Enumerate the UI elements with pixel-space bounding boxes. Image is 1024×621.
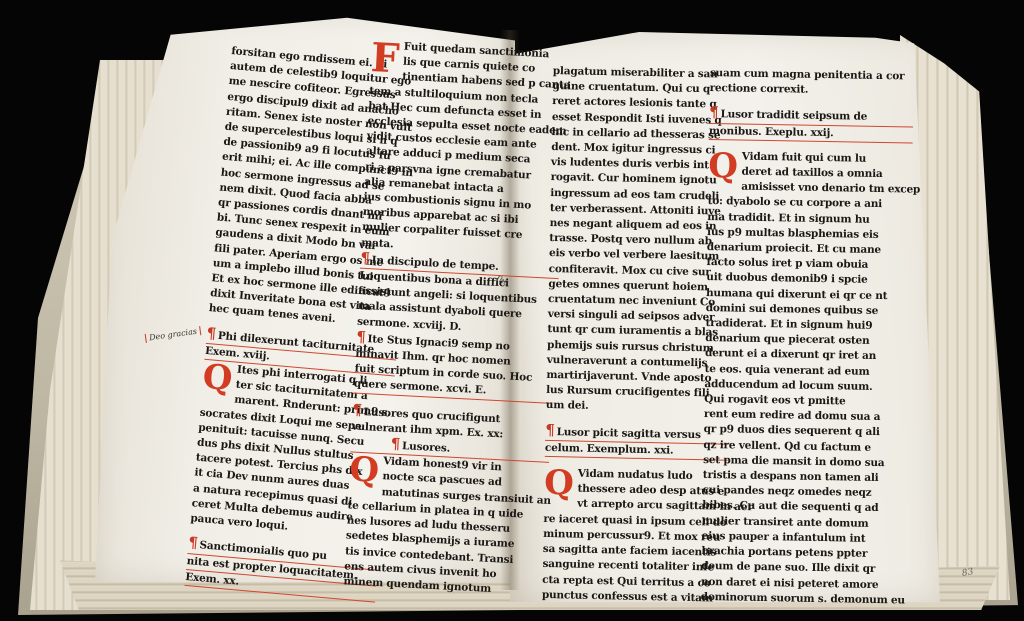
red-initial-Q: Q xyxy=(349,455,380,486)
pilcrow-icon: ¶ xyxy=(352,400,362,418)
rubric-text: Lusor tradidit seipsum de xyxy=(720,109,867,124)
pilcrow-icon: ¶ xyxy=(390,435,400,453)
left-page-column-2: F Fuit quedam sanctimonia lis que carnis… xyxy=(343,38,571,600)
red-initial-Q: Q xyxy=(202,362,234,394)
pilcrow-icon: ¶ xyxy=(188,533,199,552)
book-photo: forsitan ego rndissem ei. Si autem de ce… xyxy=(0,0,1024,621)
red-initial-Q: Q xyxy=(708,151,738,182)
red-initial-F: F xyxy=(370,40,400,77)
pilcrow-icon: ¶ xyxy=(356,327,366,345)
rubric-text: Lusor picit sagitta versus xyxy=(557,426,701,441)
pilcrow-icon: ¶ xyxy=(709,103,719,121)
right-page-column-2: suam cum magna penitentia a cor rectione… xyxy=(701,66,915,608)
pilcrow-icon: ¶ xyxy=(360,249,370,267)
red-initial-Q: Q xyxy=(544,468,574,499)
pilcrow-icon: ¶ xyxy=(206,324,217,343)
folio-number: 83 xyxy=(961,567,974,579)
pilcrow-icon: ¶ xyxy=(545,421,555,439)
rubric-text: Lusores. xyxy=(402,440,451,455)
